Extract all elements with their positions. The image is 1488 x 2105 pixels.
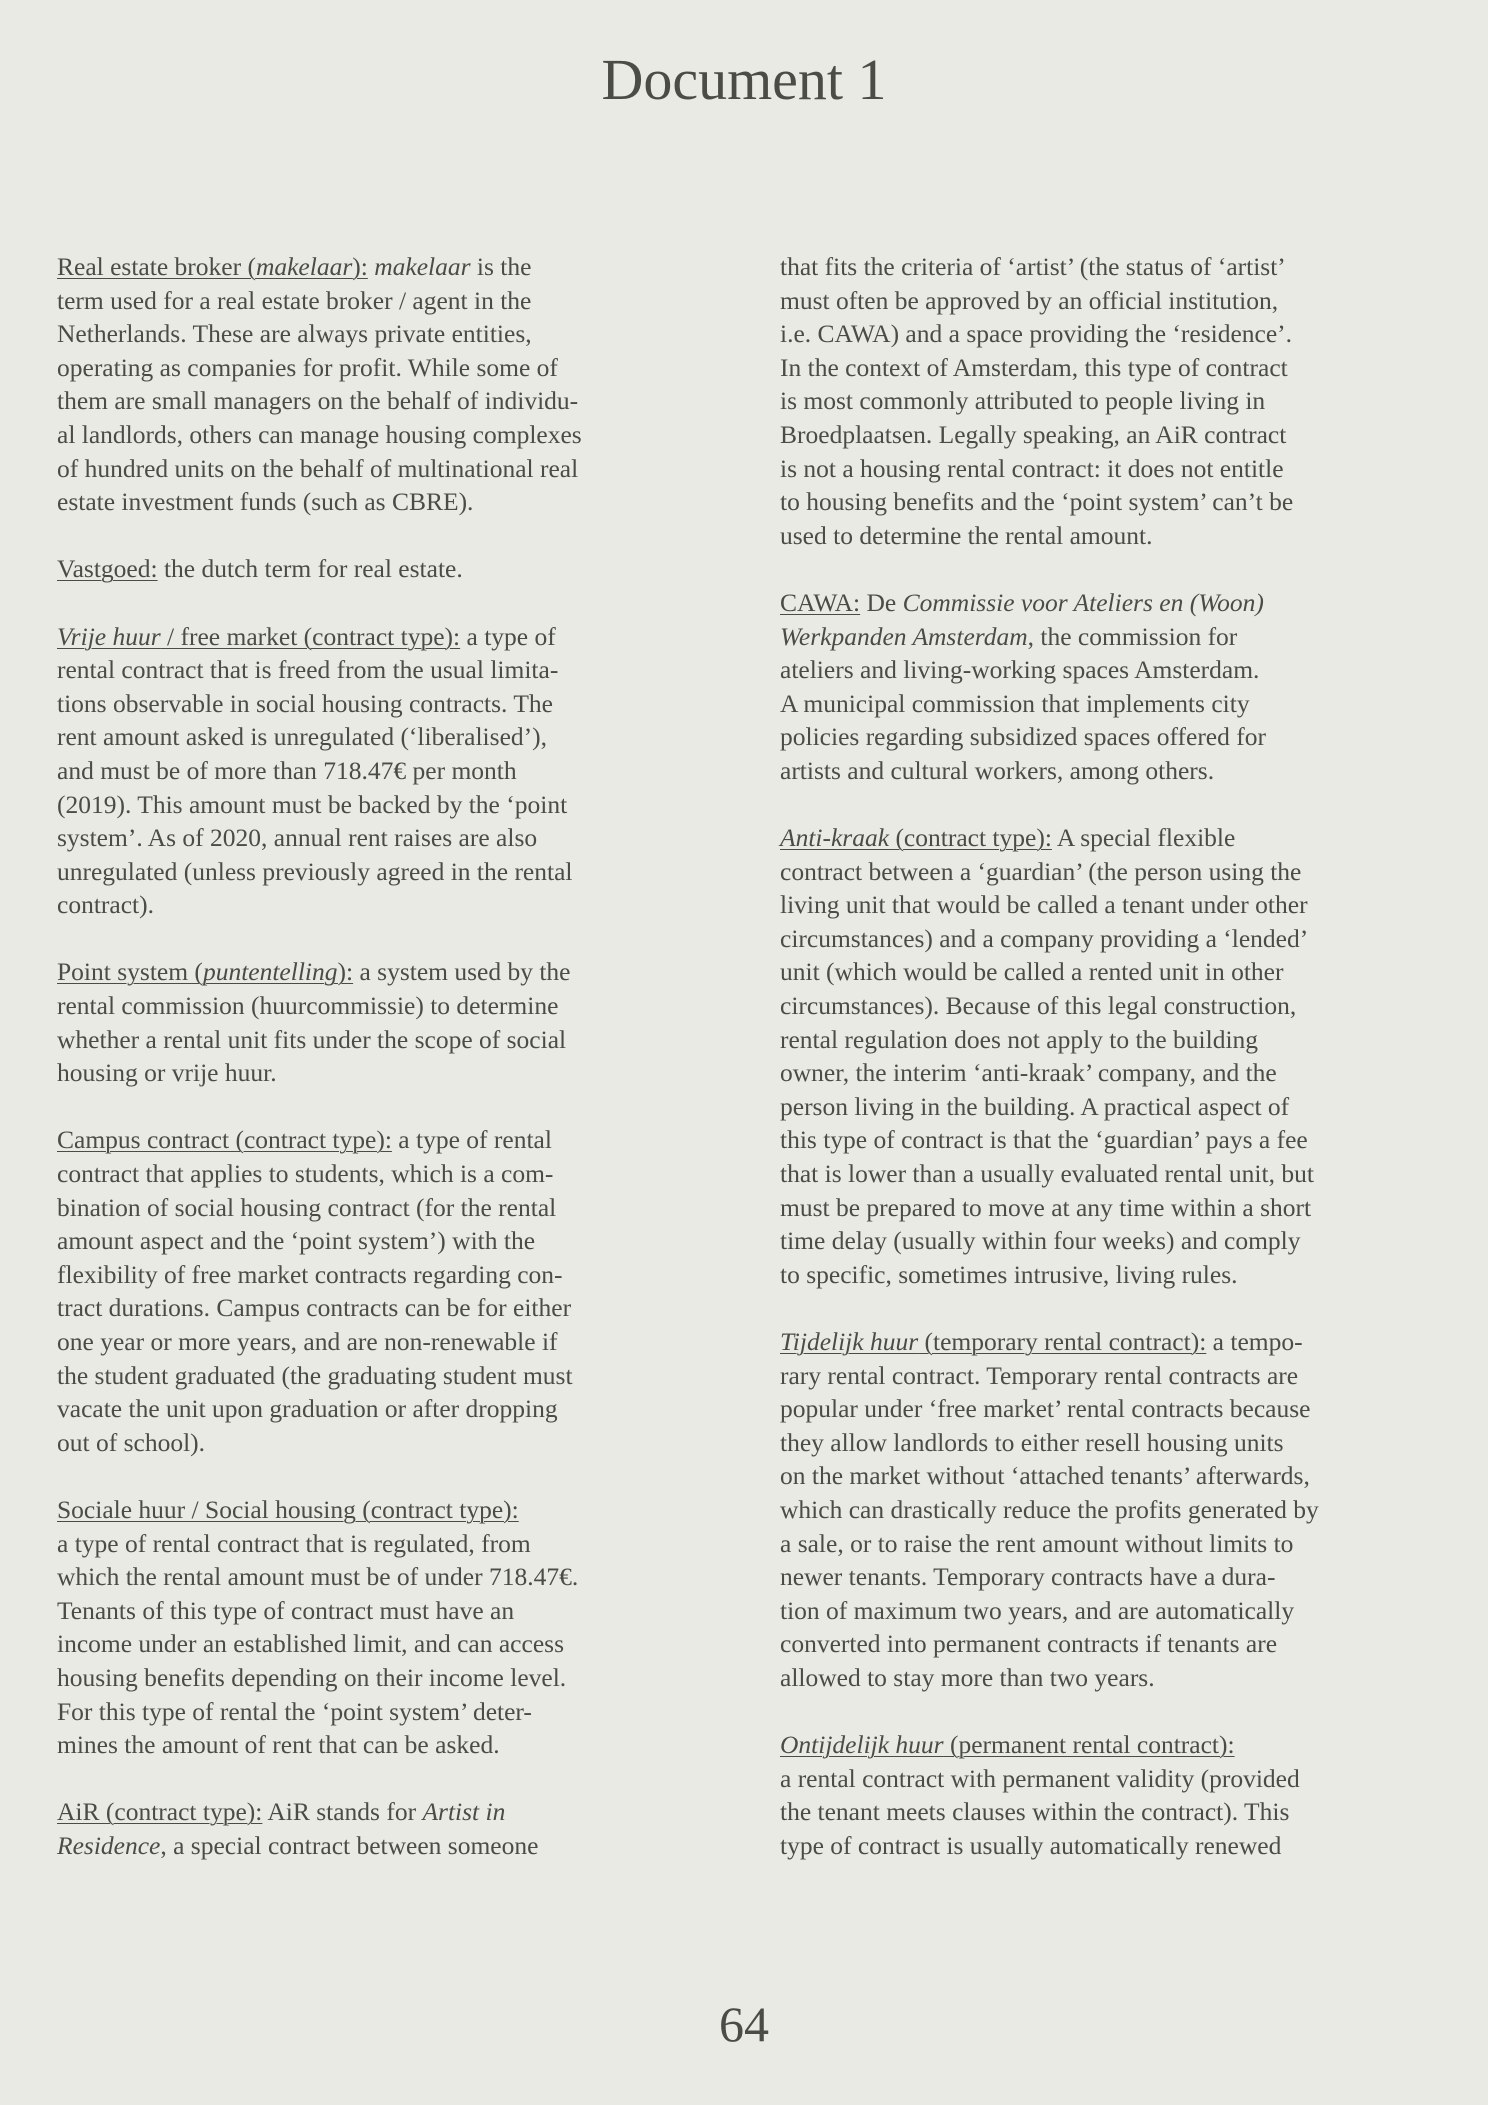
glossary-entry-anti-kraak: Anti-kraak (contract type): A special fl… <box>780 821 1420 1291</box>
glossary-term: Real estate broker (makelaar): <box>57 252 368 281</box>
glossary-term: Anti-kraak (contract type): <box>780 823 1052 852</box>
page-number: 64 <box>0 1995 1488 2053</box>
left-column: Real estate broker (makelaar): makelaar … <box>57 250 677 1896</box>
glossary-entry-vrije-huur: Vrije huur / free market (contract type)… <box>57 620 677 922</box>
right-column: that fits the criteria of ‘artist’ (the … <box>780 250 1420 1896</box>
glossary-entry-vastgoed: Vastgoed: the dutch term for real estate… <box>57 552 677 586</box>
glossary-term: Vrije huur / free market (contract type)… <box>57 622 460 651</box>
glossary-term: Sociale huur / Social housing (contract … <box>57 1495 519 1524</box>
glossary-entry-tijdelijk-huur: Tijdelijk huur (temporary rental contrac… <box>780 1325 1420 1695</box>
glossary-entry-air: AiR (contract type): AiR stands for Arti… <box>57 1795 677 1862</box>
glossary-term: Tijdelijk huur (temporary rental contrac… <box>780 1327 1206 1356</box>
glossary-entry-sociale-huur: Sociale huur / Social housing (contract … <box>57 1493 677 1762</box>
glossary-entry-cawa: CAWA: De Commissie voor Ateliers en (Woo… <box>780 586 1420 788</box>
glossary-term: Ontijdelijk huur (permanent rental contr… <box>780 1730 1235 1759</box>
glossary-entry-ontijdelijk-huur: Ontijdelijk huur (permanent rental contr… <box>780 1728 1420 1862</box>
glossary-entry-real-estate-broker: Real estate broker (makelaar): makelaar … <box>57 250 677 519</box>
page-title: Document 1 <box>0 48 1488 112</box>
glossary-term: Point system (puntentelling): <box>57 957 353 986</box>
glossary-term: Vastgoed: <box>57 554 158 583</box>
glossary-term: AiR (contract type): <box>57 1797 262 1826</box>
glossary-entry-campus-contract: Campus contract (contract type): a type … <box>57 1123 677 1459</box>
glossary-term: Campus contract (contract type): <box>57 1125 392 1154</box>
glossary-entry-air-continued: that fits the criteria of ‘artist’ (the … <box>780 250 1420 552</box>
glossary-entry-point-system: Point system (puntentelling): a system u… <box>57 955 677 1089</box>
glossary-term: CAWA: <box>780 588 860 617</box>
